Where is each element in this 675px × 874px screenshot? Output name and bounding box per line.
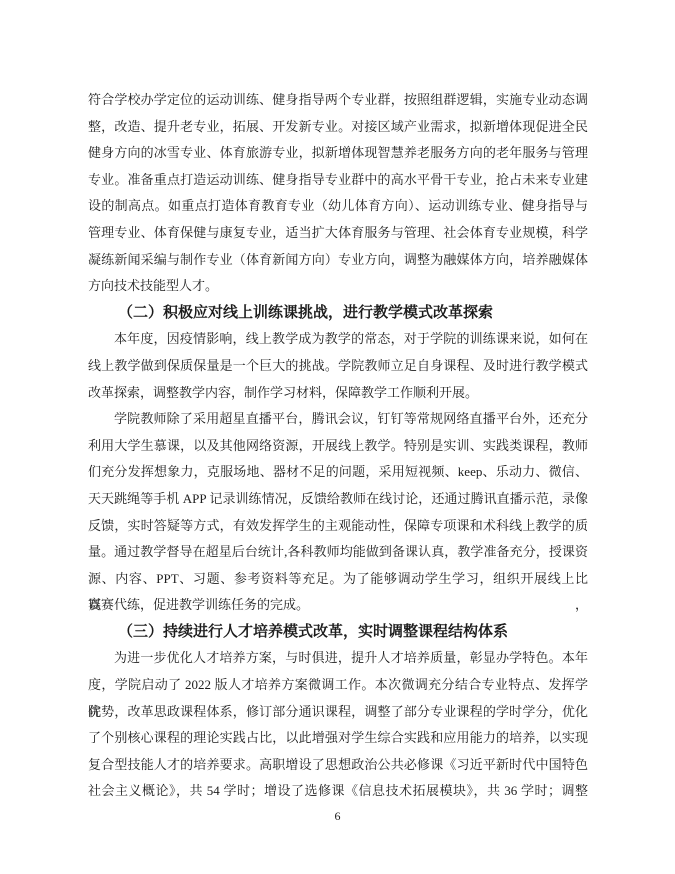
text-line: 反馈，实时答疑等方式，有效发挥学生的主观能动性，保障专项课和术科线上教学的质	[88, 513, 588, 540]
text-line: 符合学校办学定位的运动训练、健身指导两个专业群，按照组群逻辑，实施专业动态调	[88, 87, 588, 114]
text-line: 天天跳绳等手机 APP 记录训练情况，反馈给教师在线讨论，还通过腾讯直播示范，录…	[88, 486, 588, 513]
text-line: 设的制高点。如重点打造体育教育专业（幼儿体育方向）、运动训练专业、健身指导与	[88, 193, 588, 220]
document-page: 符合学校办学定位的运动训练、健身指导两个专业群，按照组群逻辑，实施专业动态调整，…	[0, 0, 675, 874]
text-line: 健身方向的冰雪专业、体育旅游专业，拟新增体现智慧养老服务方向的老年服务与管理	[88, 140, 588, 167]
text-line: 们充分发挥想象力，克服场地、器材不足的问题，采用短视频、keep、乐动力、微信、	[88, 459, 588, 486]
page-footer: 6	[0, 806, 675, 826]
section-heading: （三）持续进行人才培养模式改革，实时调整课程结构体系	[88, 619, 588, 646]
text-line: 线上教学做到保质保量是一个巨大的挑战。学院教师立足自身课程、及时进行教学模式	[88, 353, 588, 380]
text-line: 管理专业、体育保健与康复专业，适当扩大体育服务与管理、社会体育专业规模，科学	[88, 220, 588, 247]
text-line: 了个别核心课程的理论实践占比，以此增强对学生综合实践和应用能力的培养，以实现	[88, 725, 588, 752]
text-line: 社会主义概论》，共 54 学时；增设了选修课《信息技术拓展模块》，共 36 学时…	[88, 778, 588, 805]
text-line: 凝练新闻采编与制作专业（体育新闻方向）专业方向，调整为融媒体方向，培养融媒体	[88, 247, 588, 274]
text-line: 复合型技能人才的培养要求。高职增设了思想政治公共必修课《习近平新时代中国特色	[88, 752, 588, 779]
text-line: 专业。准备重点打造运动训练、健身指导专业群中的高水平骨干专业，抢占未来专业建	[88, 167, 588, 194]
text-line: 整，改造、提升老专业，拓展、开发新专业。对接区域产业需求，拟新增体现促进全民	[88, 114, 588, 141]
text-line: 改革探索，调整教学内容，制作学习材料，保障教学工作顺利开展。	[88, 380, 588, 407]
text-line: 度，学院启动了 2022 版人才培养方案微调工作。本次微调充分结合专业特点、发挥…	[88, 672, 588, 699]
text-line: 优势，改革思政课程体系，修订部分通识课程，调整了部分专业课程的学时学分，优化	[88, 699, 588, 726]
text-line: 本年度，因疫情影响，线上教学成为教学的常态，对于学院的训练课来说，如何在	[88, 326, 588, 353]
text-line: 量。通过教学督导在超星后台统计,各科教师均能做到备课认真，教学准备充分，授课资	[88, 539, 588, 566]
section-heading: （二）积极应对线上训练课挑战，进行教学模式改革探索	[88, 300, 588, 327]
page-number: 6	[335, 809, 341, 823]
text-line: 为进一步优化人才培养方案，与时俱进，提升人才培养质量，彰显办学特色。本年	[88, 645, 588, 672]
text-line: 源、内容、PPT、习题、参考资料等充足。为了能够调动学生学习，组织开展线上比赛，	[88, 566, 588, 593]
text-line: 利用大学生慕课，以及其他网络资源，开展线上教学。特别是实训、实践类课程，教师	[88, 433, 588, 460]
document-content: 符合学校办学定位的运动训练、健身指导两个专业群，按照组群逻辑，实施专业动态调整，…	[88, 87, 588, 805]
text-line: 方向技术技能型人才。	[88, 273, 588, 300]
text-line: 学院教师除了采用超星直播平台，腾讯会议，钉钉等常规网络直播平台外，还充分	[88, 406, 588, 433]
